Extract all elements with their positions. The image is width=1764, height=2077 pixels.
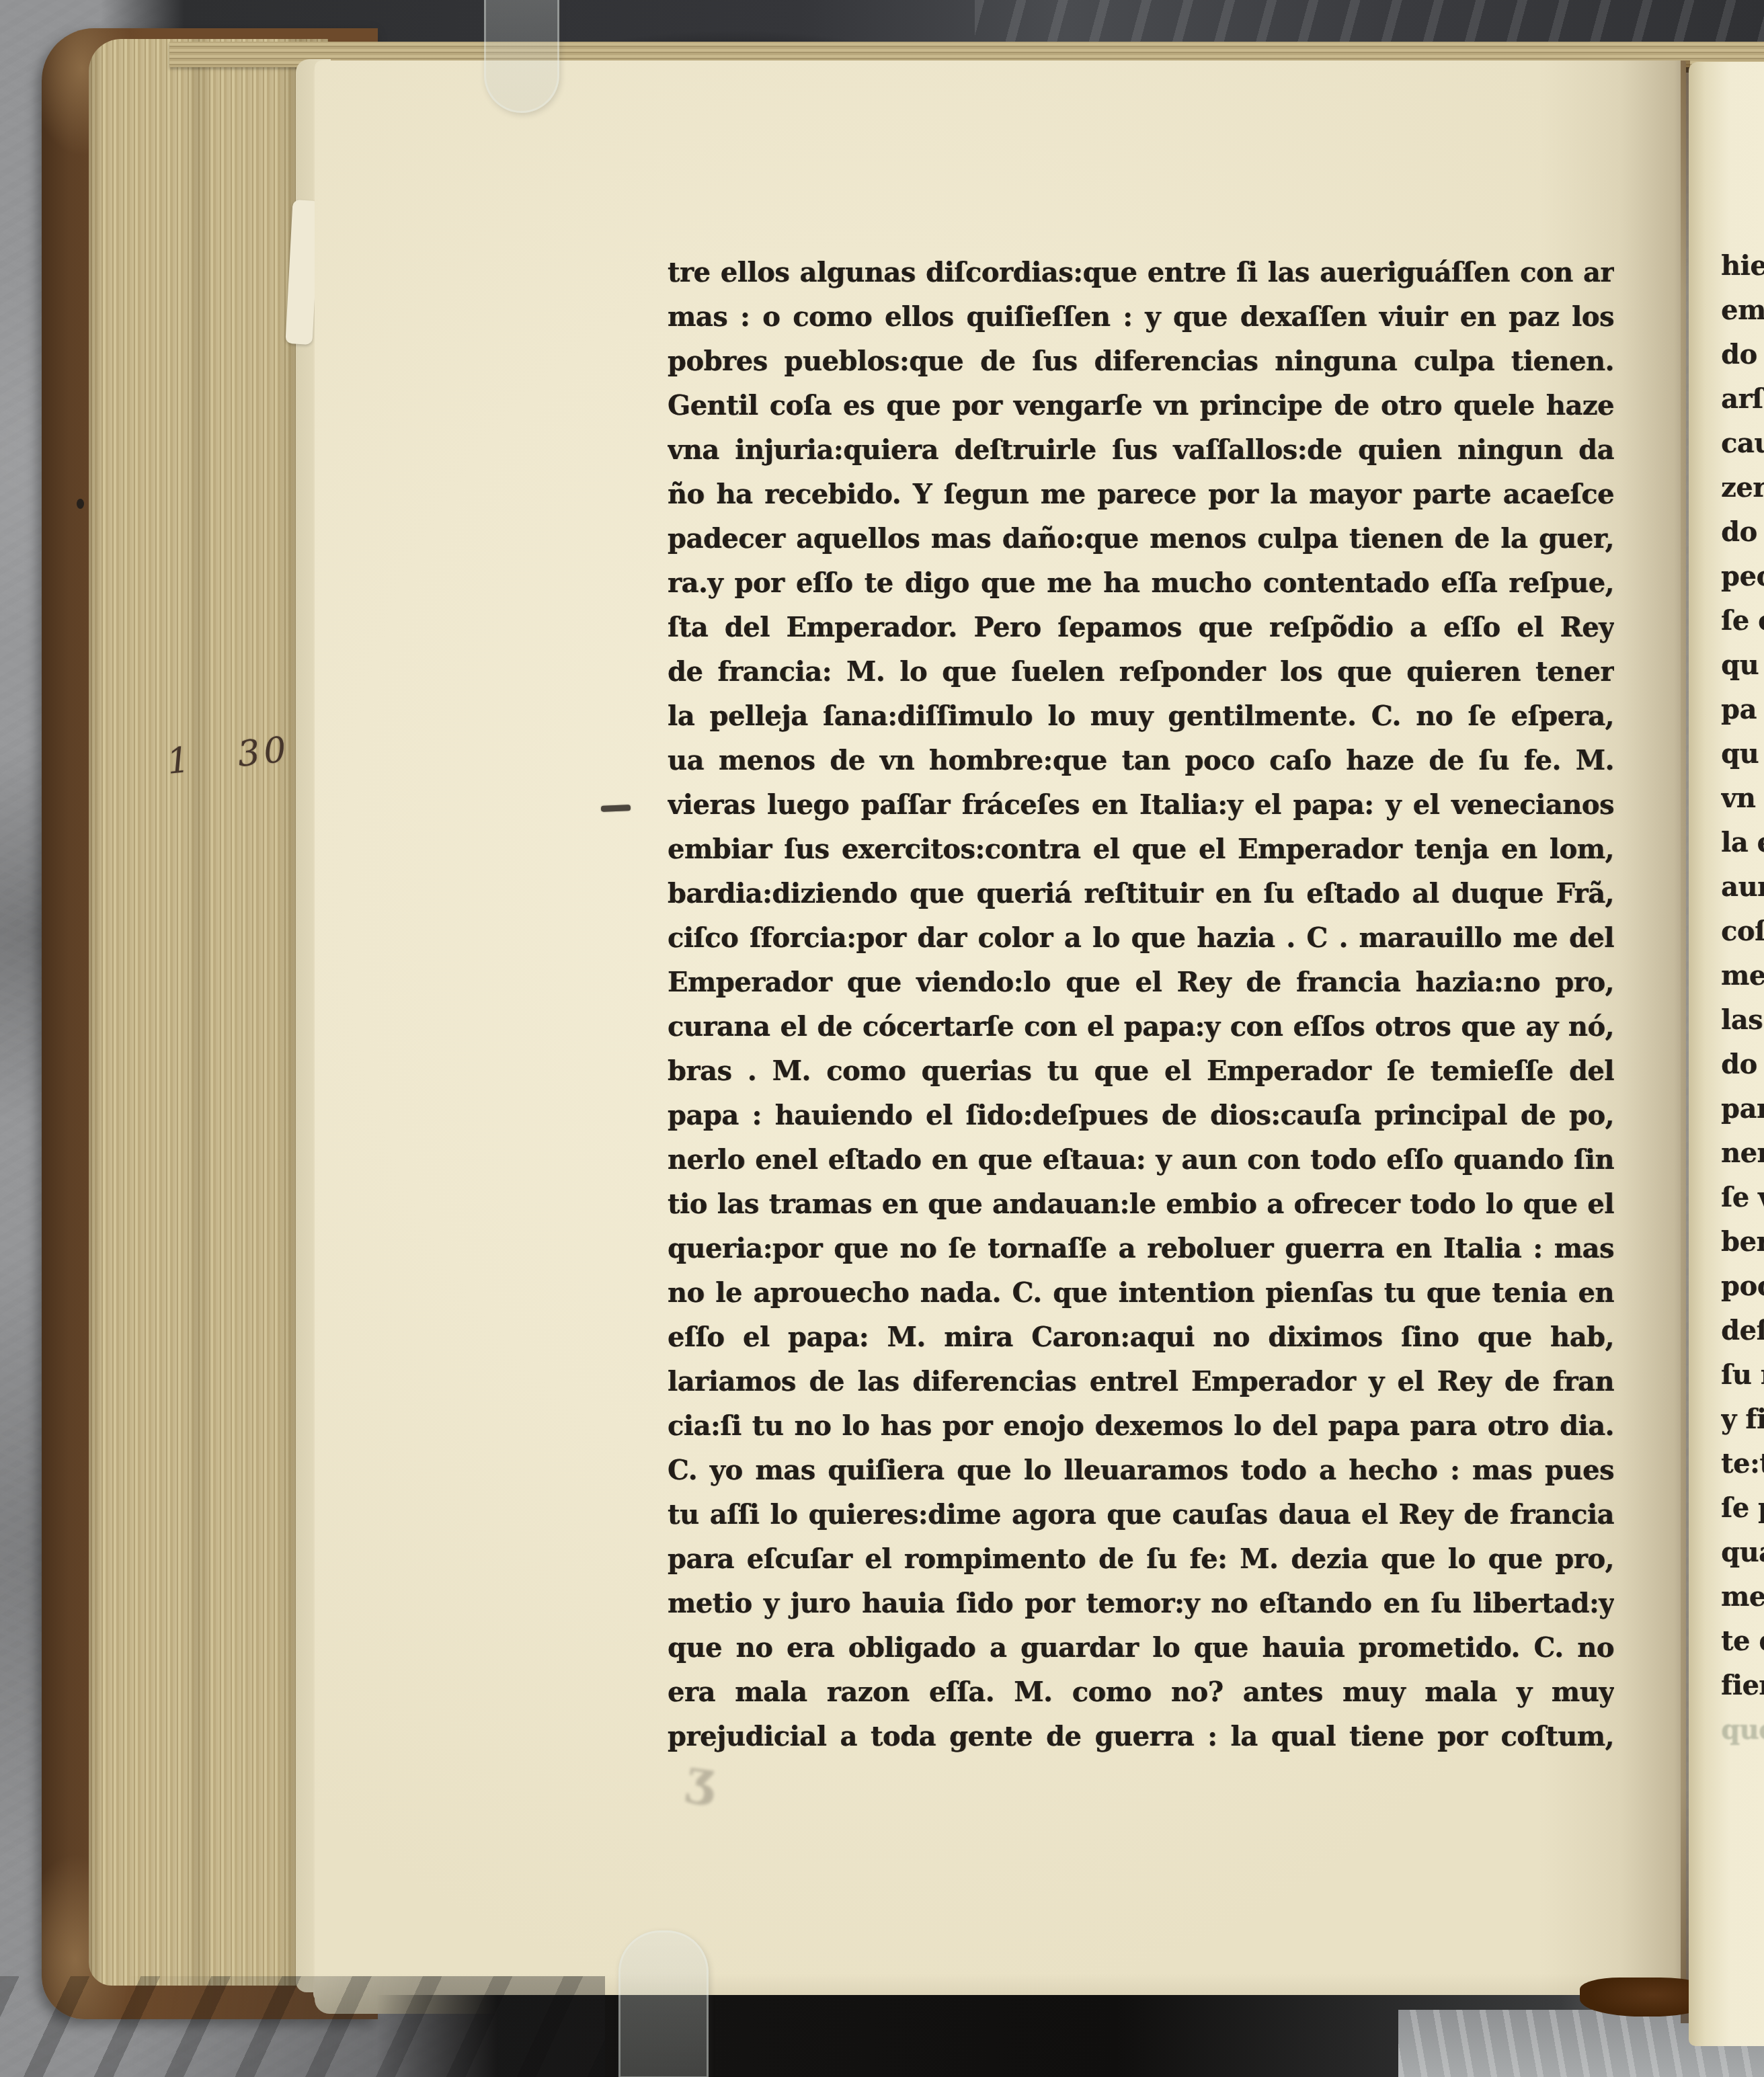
text-line: ra.y por eſſo te digo que me ha mucho co… — [668, 560, 1614, 606]
recto-fragment: arſe — [1721, 376, 1764, 422]
text-line: eſſo el papa: M. mira Caron:aqui no dixi… — [668, 1314, 1614, 1360]
recto-fragment: aun — [1721, 864, 1764, 910]
recto-fragment: caua — [1721, 420, 1764, 466]
recto-fragment: y firma — [1721, 1396, 1764, 1442]
recto-fragment: deſpue — [1721, 1307, 1764, 1354]
recto-partial-text: hie n empe do p arſe caua zer c do pec ſ… — [1721, 243, 1764, 1752]
recto-fragment: te:todo — [1721, 1440, 1764, 1487]
text-line: pobres pueblos:que de ſus diferencias ni… — [668, 338, 1614, 384]
recto-fragment: ſe c — [1721, 598, 1764, 644]
text-line: cia:ſi tu no lo has por enojo dexemos lo… — [668, 1403, 1614, 1449]
recto-fragment: ſe podr — [1721, 1485, 1764, 1531]
recto-fragment: empe — [1721, 287, 1764, 333]
recto-fragment: qu — [1721, 642, 1764, 688]
text-line: vieras luego paſſar fráceſes en Italia:y… — [668, 782, 1614, 828]
retaining-strap-top — [484, 0, 559, 113]
text-line: Emperador que viendo:lo que el Rey de fr… — [668, 959, 1614, 1006]
text-line: para eſcuſar el rompimento de ſu fe: M. … — [668, 1536, 1614, 1582]
text-line: bras . M. como querias tu que el Emperad… — [668, 1048, 1614, 1094]
recto-fragment: par — [1721, 1086, 1764, 1132]
text-line: tio las tramas en que andauan:le embio a… — [668, 1181, 1614, 1227]
recto-fragment: metio d — [1721, 1574, 1764, 1620]
text-line: Gentil coſa es que por vengarſe vn princ… — [668, 382, 1614, 429]
text-line: ſta del Emperador. Pero ſepamos que reſp… — [668, 604, 1614, 651]
text-line: embiar ſus exercitos:contra el que el Em… — [668, 826, 1614, 872]
recto-fragment: coſa — [1721, 908, 1764, 954]
recto-fragment: qu — [1721, 731, 1764, 777]
recto-fragment: pec — [1721, 553, 1764, 600]
recto-fragment: bert. — [1721, 1219, 1764, 1265]
text-line: papa : hauiendo el ſido:deſpues de dios:… — [668, 1092, 1614, 1139]
recto-fragment: quando — [1721, 1529, 1764, 1576]
text-line: era mala razon eſſa. M. como no? antes m… — [668, 1669, 1614, 1715]
text-line: lariamos de las diferencias entrel Emper… — [668, 1358, 1614, 1405]
text-line: nerlo enel eſtado en que eſtaua: y aun c… — [668, 1137, 1614, 1183]
text-line: mas : o como ellos quiſieſſen : y que de… — [668, 294, 1614, 340]
recto-fragment: fieren ; — [1721, 1662, 1764, 1709]
recto-fragment: la e — [1721, 819, 1764, 866]
retaining-strap-bottom — [618, 1930, 709, 2077]
recto-fragment: zer c — [1721, 464, 1764, 511]
recto-fragment: pa — [1721, 686, 1764, 733]
text-line: tu aſſi lo quieres:dime agora que cauſas… — [668, 1492, 1614, 1538]
speck — [77, 499, 84, 509]
text-line: que no era obligado a guardar lo que hau… — [668, 1625, 1614, 1671]
recto-fragment: do — [1721, 509, 1764, 555]
text-line: bardia:diziendo que queriá reſtituir en … — [668, 870, 1614, 917]
recto-fragment: do p — [1721, 331, 1764, 378]
text-line: tre ellos algunas diſcordias:que entre ſ… — [668, 249, 1614, 296]
text-line: ciſco ſforcia:por dar color a lo que haz… — [668, 915, 1614, 961]
margin-dash-mark — [601, 805, 631, 812]
text-line: vna injuria:quiera deſtruirle ſus vaſſal… — [668, 427, 1614, 473]
text-line: C. yo mas quiſiera que lo lleuaramos tod… — [668, 1447, 1614, 1494]
recto-fragment: ſe ve — [1721, 1174, 1764, 1221]
text-line: ño ha recebido. Y ſegun me parece por la… — [668, 471, 1614, 518]
recto-fragment: ſu reyn — [1721, 1352, 1764, 1398]
text-line: no le aprouecho nada. C. que intention p… — [668, 1270, 1614, 1316]
recto-fragment: te deue — [1721, 1618, 1764, 1664]
recto-fragment: do — [1721, 1041, 1764, 1088]
text-line: queria:por que no ſe tornaſſe a reboluer… — [668, 1225, 1614, 1272]
text-line: de francia: M. lo que ſuelen reſponder l… — [668, 649, 1614, 695]
recto-fragment-faint: que bo — [1721, 1707, 1764, 1752]
text-line: ua menos de vn hombre:que tan poco caſo … — [668, 737, 1614, 784]
recto-fragment: poco — [1721, 1263, 1764, 1309]
recto-fragment: hie n — [1721, 243, 1764, 288]
text-line: la pelleja ſana:diſſimulo lo muy gentilm… — [668, 693, 1614, 739]
text-line: prejudicial a toda gente de guerra : la … — [668, 1713, 1614, 1760]
text-line: padecer aquellos mas daño:que menos culp… — [668, 516, 1614, 562]
printed-text-block: tre ellos algunas diſcordias:que entre ſ… — [668, 250, 1614, 1758]
recto-fragment: ner — [1721, 1130, 1764, 1176]
recto-fragment: vn — [1721, 775, 1764, 821]
text-line: curana el de cócertarſe con el papa:y co… — [668, 1004, 1614, 1050]
text-line: metio y juro hauia ſido por temor:y no e… — [668, 1580, 1614, 1627]
bottom-left-cloth-shadows — [0, 1976, 605, 2077]
recto-fragment: men — [1721, 952, 1764, 999]
recto-fragment: las — [1721, 997, 1764, 1043]
